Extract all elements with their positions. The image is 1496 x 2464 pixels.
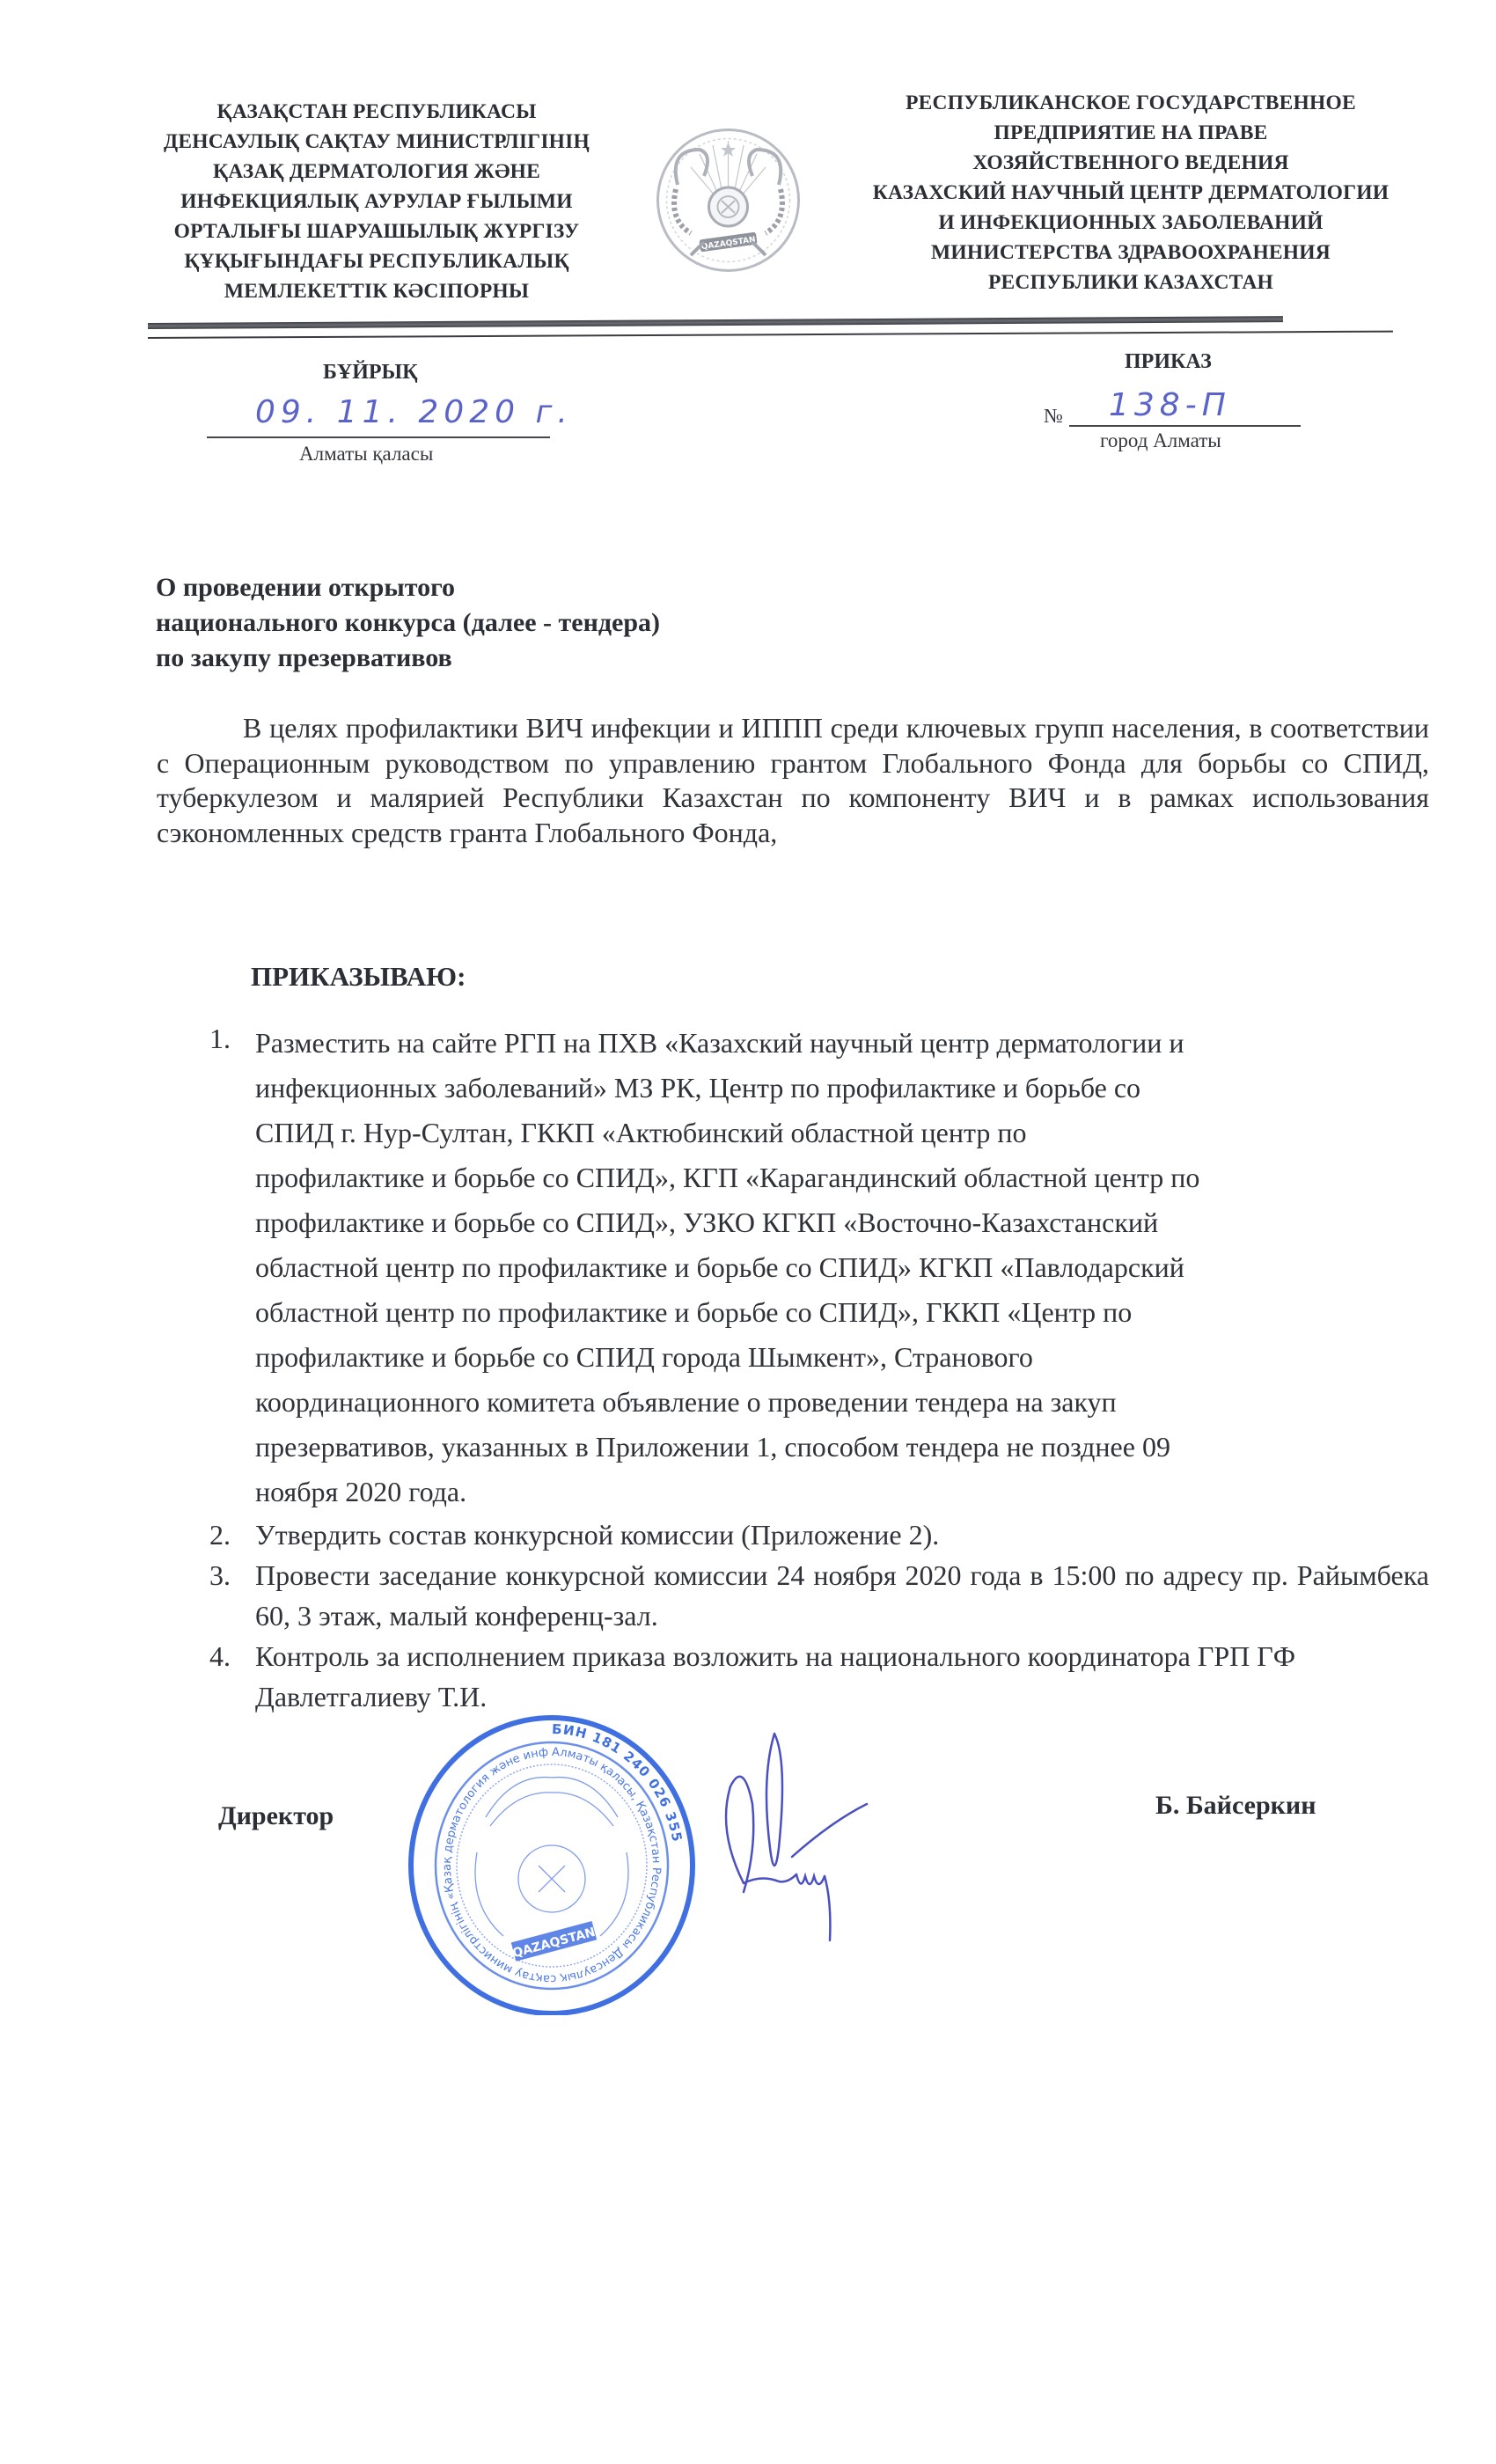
item-text: Контроль за исполнением приказа возложит… xyxy=(255,1636,1429,1717)
item-line: ноября 2020 года. xyxy=(255,1470,1429,1514)
item-line: Разместить на сайте РГП на ПХВ «Казахски… xyxy=(255,1021,1429,1066)
item-line: областной центр по профилактике и борьбе… xyxy=(255,1245,1429,1290)
item-number: 4. xyxy=(209,1636,231,1676)
header-ru-line: И ИНФЕКЦИОННЫХ ЗАБОЛЕВАНИЙ xyxy=(823,208,1439,238)
item-text: Утвердить состав конкурсной комиссии (Пр… xyxy=(255,1514,1429,1555)
date-underline xyxy=(207,436,550,438)
subject-line: О проведении открытого xyxy=(156,570,948,605)
order-word: ПРИКАЗЫВАЮ: xyxy=(251,959,466,994)
item-text: Провести заседание конкурсной комиссии 2… xyxy=(255,1555,1429,1636)
order-date-handwritten: 09. 11. 2020 г. xyxy=(255,394,573,430)
item-number: 3. xyxy=(209,1555,231,1595)
item-line: профилактике и борьбе со СПИД», УЗКО КГК… xyxy=(255,1200,1429,1245)
header-ru-org-name: РЕСПУБЛИКАНСКОЕ ГОСУДАРСТВЕННОЕ ПРЕДПРИЯ… xyxy=(823,88,1439,297)
preamble-paragraph: В целях профилактики ВИЧ инфекции и ИППП… xyxy=(157,711,1429,850)
header-ru-line: КАЗАХСКИЙ НАУЧНЫЙ ЦЕНТР ДЕРМАТОЛОГИИ xyxy=(823,178,1439,208)
header-kz-line: ДЕНСАУЛЫҚ САҚТАУ МИНИСТРЛІГІНІҢ xyxy=(113,127,641,157)
header-kz-line: ОРТАЛЫҒЫ ШАРУАШЫЛЫҚ ЖҮРГІЗУ xyxy=(113,216,641,246)
order-item-1: 1. Разместить на сайте РГП на ПХВ «Казах… xyxy=(209,1021,1429,1514)
header-kz-line: ИНФЕКЦИЯЛЫҚ АУРУЛАР ҒЫЛЫМИ xyxy=(113,187,641,216)
item-line: СПИД г. Нур-Султан, ГККП «Актюбинский об… xyxy=(255,1111,1429,1155)
header-ru-line: ХОЗЯЙСТВЕННОГО ВЕДЕНИЯ xyxy=(823,148,1439,178)
item-line: областной центр по профилактике и борьбе… xyxy=(255,1290,1429,1335)
coat-of-arms-icon: QAZAQSTAN xyxy=(651,123,805,277)
subject-line: по закупу презервативов xyxy=(156,641,948,676)
order-item-2: 2. Утвердить состав конкурсной комиссии … xyxy=(209,1514,1429,1555)
header-kz-org-name: ҚАЗАҚСТАН РЕСПУБЛИКАСЫ ДЕНСАУЛЫҚ САҚТАУ … xyxy=(113,97,641,306)
subject-line: национального конкурса (далее - тендера) xyxy=(156,605,948,641)
order-item-4: 4. Контроль за исполнением приказа возло… xyxy=(209,1636,1429,1717)
number-underline xyxy=(1069,425,1301,427)
header-kz-line: ҚАЗАҚ ДЕРМАТОЛОГИЯ ЖӘНЕ xyxy=(113,157,641,187)
header-kz-line: МЕМЛЕКЕТТІК КӘСІПОРНЫ xyxy=(113,276,641,306)
signatory-position: Директор xyxy=(218,1801,334,1831)
order-city-ru: город Алматы xyxy=(1100,429,1221,452)
header-divider-thick xyxy=(148,316,1283,329)
item-line: презервативов, указанных в Приложении 1,… xyxy=(255,1425,1429,1470)
order-number-handwritten: 138-П xyxy=(1109,387,1231,423)
item-line: профилактике и борьбе со СПИД», КГП «Кар… xyxy=(255,1155,1429,1200)
header-ru-line: МИНИСТЕРСТВА ЗДРАВООХРАНЕНИЯ xyxy=(823,238,1439,268)
header-kz-line: ҚАЗАҚСТАН РЕСПУБЛИКАСЫ xyxy=(113,97,641,127)
order-number-prefix: № xyxy=(1044,405,1063,428)
order-city-kz: Алматы қаласы xyxy=(299,443,433,466)
item-line: координационного комитета объявление о п… xyxy=(255,1380,1429,1425)
header-kz-line: ҚҰҚЫҒЫНДАҒЫ РЕСПУБЛИКАЛЫҚ xyxy=(113,246,641,276)
item-number: 1. xyxy=(209,1021,231,1056)
header-ru-line: ПРЕДПРИЯТИЕ НА ПРАВЕ xyxy=(823,118,1439,148)
header-ru-line: РЕСПУБЛИКАНСКОЕ ГОСУДАРСТВЕННОЕ xyxy=(823,88,1439,118)
order-subject: О проведении открытого национального кон… xyxy=(156,570,948,676)
item-line: профилактике и борьбе со СПИД города Шым… xyxy=(255,1335,1429,1380)
order-items-list: 1. Разместить на сайте РГП на ПХВ «Казах… xyxy=(209,1021,1429,1717)
order-title-ru: ПРИКАЗ xyxy=(1125,350,1212,374)
item-number: 2. xyxy=(209,1514,231,1555)
order-title-kz: БҰЙРЫҚ xyxy=(323,361,418,385)
header-divider-thin xyxy=(148,331,1393,339)
order-item-3: 3. Провести заседание конкурсной комисси… xyxy=(209,1555,1429,1636)
item-line: инфекционных заболеваний» МЗ РК, Центр п… xyxy=(255,1066,1429,1111)
director-signature xyxy=(708,1725,898,1954)
official-stamp-icon: БИН 181 240 026 355 Алматы қаласы, Қазақ… xyxy=(407,1712,697,2015)
signatory-name: Б. Байсеркин xyxy=(1155,1791,1316,1821)
header-ru-line: РЕСПУБЛИКИ КАЗАХСТАН xyxy=(823,268,1439,297)
